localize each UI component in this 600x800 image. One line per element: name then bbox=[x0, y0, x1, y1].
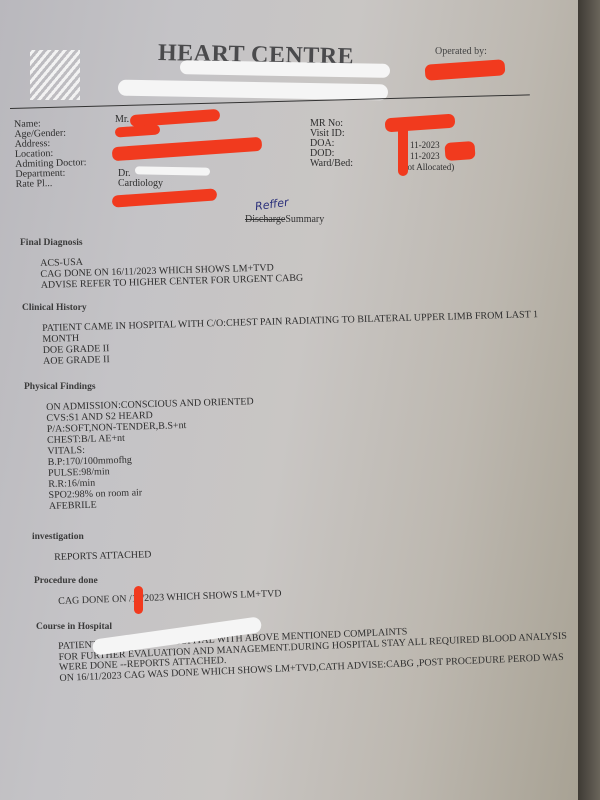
section-heading: investigation bbox=[32, 532, 151, 542]
label-mr-no: MR No: bbox=[310, 118, 353, 128]
label-doa: DOA: bbox=[310, 138, 353, 148]
section-final-diagnosis: Final Diagnosis ACS-USA CAG DONE ON 16/1… bbox=[20, 238, 303, 291]
redaction-address bbox=[112, 137, 263, 161]
redaction-mark bbox=[398, 126, 408, 176]
patient-labels-left: Name: Age/Gender: Address: Location: Adm… bbox=[14, 118, 87, 190]
redaction-rate-plan bbox=[112, 188, 218, 207]
label-visit-id: Visit ID: bbox=[310, 128, 353, 138]
summary-word: Summary bbox=[285, 214, 324, 225]
redaction-operator bbox=[425, 59, 506, 81]
label-rate-plan: Rate Pl... bbox=[16, 178, 88, 190]
value-department: Cardiology bbox=[118, 178, 163, 189]
redaction-dates bbox=[444, 141, 475, 161]
struck-word: Discharge bbox=[245, 214, 285, 225]
redaction-doctor bbox=[135, 166, 210, 175]
value-name-prefix: Mr. bbox=[115, 114, 129, 126]
background-surface bbox=[578, 0, 600, 800]
redacted-logo bbox=[30, 50, 80, 100]
label-dod: DOD: bbox=[310, 148, 353, 158]
section-clinical-history: Clinical History PATIENT CAME IN HOSPITA… bbox=[22, 303, 538, 367]
text-line: REPORTS ATTACHED bbox=[54, 549, 152, 563]
redaction-procedure-date bbox=[134, 586, 143, 614]
redaction-mr-no bbox=[385, 114, 456, 133]
section-physical-findings: Physical Findings ON ADMISSION:CONSCIOUS… bbox=[24, 382, 254, 512]
section-heading: Procedure done bbox=[34, 576, 281, 586]
label-ward-bed: Ward/Bed: bbox=[310, 158, 353, 168]
section-course-in-hospital: Course in Hospital PATIENT ADMITTED IN H… bbox=[36, 622, 567, 684]
redaction-age bbox=[115, 124, 161, 137]
section-procedure-done: Procedure done CAG DONE ON /11/2023 WHIC… bbox=[34, 576, 281, 607]
section-heading: Physical Findings bbox=[24, 382, 254, 392]
patient-values-left: Mr. bbox=[115, 114, 129, 126]
document-page: HEART CENTRE Operated by: Name: Age/Gend… bbox=[0, 0, 578, 800]
section-investigation: investigation REPORTS ATTACHED bbox=[32, 532, 151, 563]
redaction-address-line1 bbox=[180, 60, 390, 78]
document-type: DischargeSummary bbox=[245, 214, 324, 225]
redaction-name bbox=[130, 109, 221, 127]
patient-labels-right: MR No: Visit ID: DOA: DOD: Ward/Bed: bbox=[310, 118, 353, 168]
redaction-address-line2 bbox=[118, 80, 388, 101]
section-heading: Final Diagnosis bbox=[20, 238, 303, 248]
operated-by-label: Operated by: bbox=[435, 46, 487, 57]
handwritten-note: Reffer bbox=[254, 196, 289, 214]
text-line: CAG DONE ON /11/2023 WHICH SHOWS LM+TVD bbox=[58, 588, 282, 607]
